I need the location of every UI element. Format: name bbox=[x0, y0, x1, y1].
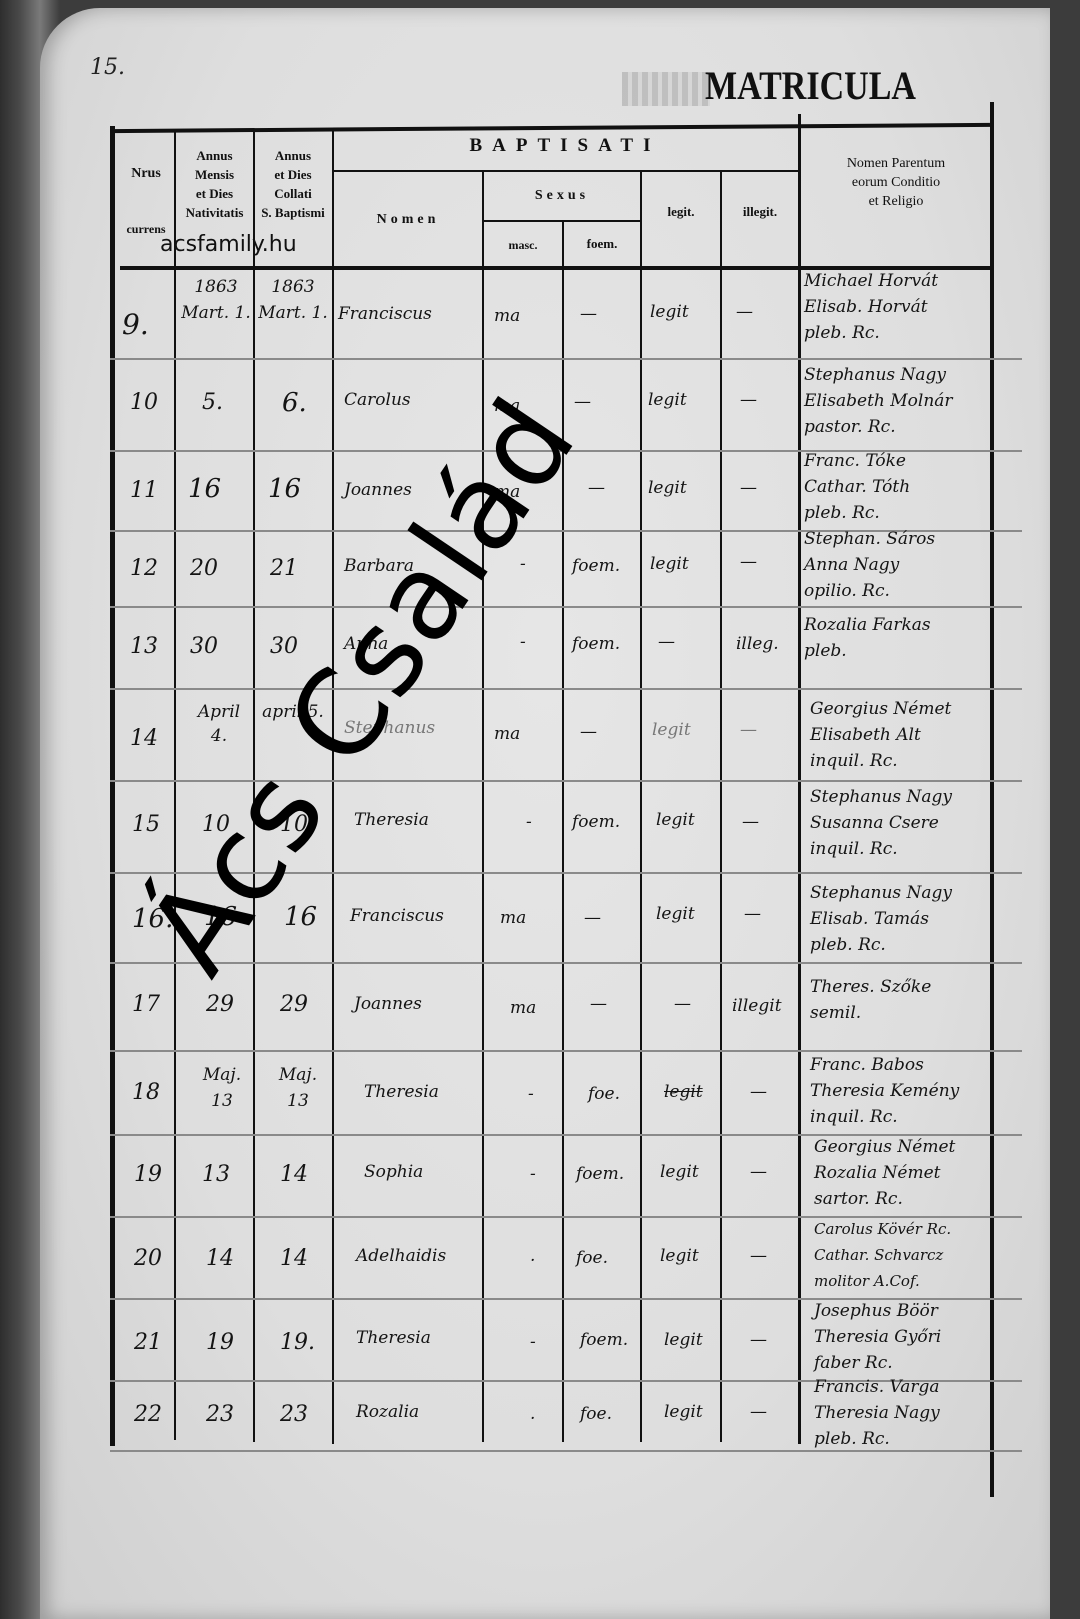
birth-date: 30 bbox=[190, 634, 218, 659]
legitimate: legit bbox=[648, 478, 687, 498]
baptism-date: 14 bbox=[280, 1246, 308, 1271]
illegitimate: — bbox=[750, 1330, 767, 1350]
parents-info: Franc. Babos Theresia Kemény inquil. Rc. bbox=[810, 1052, 959, 1130]
sex-masc: - bbox=[528, 1084, 534, 1104]
parents-info: Michael Horvát Elisab. Horvát pleb. Rc. bbox=[804, 268, 938, 346]
parents-info: Georgius Német Rozalia Német sartor. Rc. bbox=[814, 1134, 955, 1212]
child-name: Joannes bbox=[344, 480, 412, 500]
table-row: 9. 1863 Mart. 1. 1863 Mart. 1. Franciscu… bbox=[110, 270, 1022, 358]
child-name: Theresia bbox=[354, 810, 429, 830]
birth-date: 1863 Mart. 1. bbox=[180, 274, 252, 326]
parents-info: Stephanus Nagy Susanna Csere inquil. Rc. bbox=[810, 784, 952, 862]
legitimate: legit bbox=[660, 1162, 699, 1182]
table-row: 12 20 21 Barbara - foem. legit — Stephan… bbox=[110, 532, 1022, 606]
parents-info: Theres. Szőke semil. bbox=[810, 974, 931, 1026]
parents-info: Rozalia Farkas pleb. bbox=[804, 612, 931, 664]
illegitimate: — bbox=[750, 1246, 767, 1266]
illegitimate: — bbox=[742, 812, 759, 832]
header-nrus: Nrus bbox=[118, 164, 174, 183]
parents-info: Georgius Német Elisabeth Alt inquil. Rc. bbox=[810, 696, 951, 774]
legitimate: legit bbox=[656, 810, 695, 830]
legitimate: legit bbox=[656, 904, 695, 924]
child-name: Franciscus bbox=[338, 304, 432, 324]
child-name: Sophia bbox=[364, 1162, 423, 1182]
birth-date: Maj. 13 bbox=[192, 1062, 252, 1114]
record-number: 11 bbox=[130, 478, 158, 503]
watermark-url: acsfamily.hu bbox=[160, 232, 297, 257]
sex-foem: foem. bbox=[580, 1330, 628, 1350]
header-baptismi: Annus et Dies Collati S. Baptismi bbox=[254, 146, 332, 222]
header-foem: foem. bbox=[564, 234, 640, 253]
table-row: 19 13 14 Sophia - foem. legit — Georgius… bbox=[110, 1136, 1022, 1216]
illegitimate: — bbox=[750, 1082, 767, 1102]
record-number: 12 bbox=[130, 556, 158, 581]
sex-foem: foe. bbox=[576, 1248, 608, 1268]
parents-info: Franc. Tóke Cathar. Tóth pleb. Rc. bbox=[804, 448, 910, 526]
illegitimate: — bbox=[740, 390, 757, 410]
child-name: Franciscus bbox=[350, 906, 444, 926]
birth-date: 23 bbox=[206, 1402, 234, 1427]
table-row: 21 19 19. Theresia - foem. legit — Josep… bbox=[110, 1300, 1022, 1380]
baptisati-underline bbox=[332, 170, 798, 172]
legitimate: legit bbox=[650, 554, 689, 574]
sex-foem: foem. bbox=[572, 812, 620, 832]
baptism-date: 29 bbox=[280, 992, 308, 1017]
baptism-date: 23 bbox=[280, 1402, 308, 1427]
table-top-border bbox=[110, 123, 990, 133]
sex-masc: - bbox=[530, 1164, 536, 1184]
illegitimate: illegit bbox=[732, 996, 782, 1016]
record-number: 20 bbox=[134, 1246, 162, 1271]
illegitimate: — bbox=[740, 478, 757, 498]
record-number: 10 bbox=[130, 390, 158, 415]
legitimate: — bbox=[674, 994, 691, 1014]
sex-foem: foem. bbox=[576, 1164, 624, 1184]
baptism-date: 14 bbox=[280, 1162, 308, 1187]
sex-foem: foem. bbox=[572, 556, 620, 576]
baptism-date: 1863 Mart. 1. bbox=[256, 274, 330, 326]
table-row: 22 23 23 Rozalia . foe. legit — Francis.… bbox=[110, 1382, 1022, 1452]
header-sexus: Sexus bbox=[484, 186, 640, 205]
birth-date: 14 bbox=[206, 1246, 234, 1271]
record-number: 22 bbox=[134, 1402, 162, 1427]
record-number: 19 bbox=[134, 1162, 162, 1187]
sex-foem: — bbox=[590, 994, 607, 1014]
sex-foem: foe. bbox=[580, 1404, 612, 1424]
illegitimate: — bbox=[740, 552, 757, 572]
sex-masc: - bbox=[526, 812, 532, 832]
child-name: Adelhaidis bbox=[356, 1246, 446, 1266]
sex-foem: — bbox=[580, 304, 597, 324]
illegitimate: — bbox=[750, 1162, 767, 1182]
legitimate: legit bbox=[652, 720, 691, 740]
baptism-date: 16 bbox=[268, 474, 301, 504]
baptism-date: Maj. 13 bbox=[268, 1062, 328, 1114]
table-row: 20 14 14 Adelhaidis . foe. legit — Carol… bbox=[110, 1218, 1022, 1298]
illegitimate: illeg. bbox=[736, 634, 779, 654]
sex-masc: ma bbox=[494, 306, 520, 326]
record-number: 21 bbox=[134, 1330, 162, 1355]
legitimate: legit bbox=[660, 1246, 699, 1266]
bleed-through-text bbox=[622, 72, 710, 106]
parents-info: Josephus Böör Theresia Győri faber Rc. bbox=[814, 1298, 941, 1376]
illegitimate: — bbox=[740, 720, 757, 740]
legitimate: legit bbox=[650, 302, 689, 322]
table-row: 13 30 30 Anna - foem. — illeg. Rozalia F… bbox=[110, 608, 1022, 688]
illegitimate: — bbox=[736, 302, 753, 322]
register-title: MATRICULA bbox=[705, 62, 916, 109]
sex-foem: foem. bbox=[572, 634, 620, 654]
legitimate: legit bbox=[664, 1402, 703, 1422]
child-name: Joannes bbox=[354, 994, 422, 1014]
sexus-underline bbox=[484, 220, 640, 222]
birth-date: 20 bbox=[190, 556, 218, 581]
record-number: 9. bbox=[122, 308, 149, 341]
header-parentum: Nomen Parentum eorum Conditio et Religio bbox=[802, 154, 990, 211]
header-illegit: illegit. bbox=[722, 202, 798, 221]
parents-info: Stephanus Nagy Elisab. Tamás pleb. Rc. bbox=[810, 880, 952, 958]
parents-info: Carolus Kövér Rc. Cathar. Schvarcz molit… bbox=[814, 1216, 951, 1294]
page-number: 15. bbox=[90, 55, 125, 80]
record-number: 15 bbox=[132, 812, 160, 837]
sex-foem: — bbox=[584, 908, 601, 928]
baptism-date: 6. bbox=[282, 388, 307, 418]
child-name: Theresia bbox=[364, 1082, 439, 1102]
sex-masc: ma bbox=[510, 998, 536, 1018]
sex-masc: ma bbox=[500, 908, 526, 928]
sex-foem: — bbox=[580, 722, 597, 742]
baptism-date: 19. bbox=[280, 1330, 315, 1355]
record-number: 13 bbox=[130, 634, 158, 659]
legitimate: legit bbox=[664, 1082, 703, 1102]
legitimate: legit bbox=[664, 1330, 703, 1350]
record-number: 14 bbox=[130, 726, 158, 751]
legitimate: — bbox=[658, 632, 675, 652]
child-name: Theresia bbox=[356, 1328, 431, 1348]
header-masc: masc. bbox=[484, 236, 562, 255]
baptism-date: 21 bbox=[270, 556, 298, 581]
birth-date: 16 bbox=[188, 474, 221, 504]
record-number: 18 bbox=[132, 1080, 160, 1105]
parents-info: Stephanus Nagy Elisabeth Molnár pastor. … bbox=[804, 362, 953, 440]
header-nomen: Nomen bbox=[334, 210, 482, 229]
table-row: 18 Maj. 13 Maj. 13 Theresia - foe. legit… bbox=[110, 1052, 1022, 1134]
sex-masc: ma bbox=[494, 724, 520, 744]
birth-date: 19 bbox=[206, 1330, 234, 1355]
sex-foem: foe. bbox=[588, 1084, 620, 1104]
parents-info: Francis. Varga Theresia Nagy pleb. Rc. bbox=[814, 1374, 940, 1452]
sex-foem: — bbox=[588, 478, 605, 498]
parents-info: Stephan. Sáros Anna Nagy opilio. Rc. bbox=[804, 526, 935, 604]
header-baptisati: BAPTISATI bbox=[332, 136, 798, 155]
sex-masc: - bbox=[530, 1332, 536, 1352]
record-number: 17 bbox=[132, 992, 160, 1017]
sex-foem: — bbox=[574, 392, 591, 412]
legitimate: legit bbox=[648, 390, 687, 410]
header-legit: legit. bbox=[642, 202, 720, 221]
sex-masc: . bbox=[530, 1246, 535, 1266]
birth-date: 13 bbox=[202, 1162, 230, 1187]
baptism-date: 30 bbox=[270, 634, 298, 659]
birth-date: 29 bbox=[206, 992, 234, 1017]
birth-date: 5. bbox=[202, 390, 223, 415]
sex-masc: . bbox=[530, 1404, 535, 1424]
header-nativitatis: Annus Mensis et Dies Nativitatis bbox=[176, 146, 253, 222]
illegitimate: — bbox=[744, 904, 761, 924]
illegitimate: — bbox=[750, 1402, 767, 1422]
sex-masc: - bbox=[520, 632, 526, 652]
child-name: Rozalia bbox=[356, 1402, 419, 1422]
child-name: Carolus bbox=[344, 390, 411, 410]
